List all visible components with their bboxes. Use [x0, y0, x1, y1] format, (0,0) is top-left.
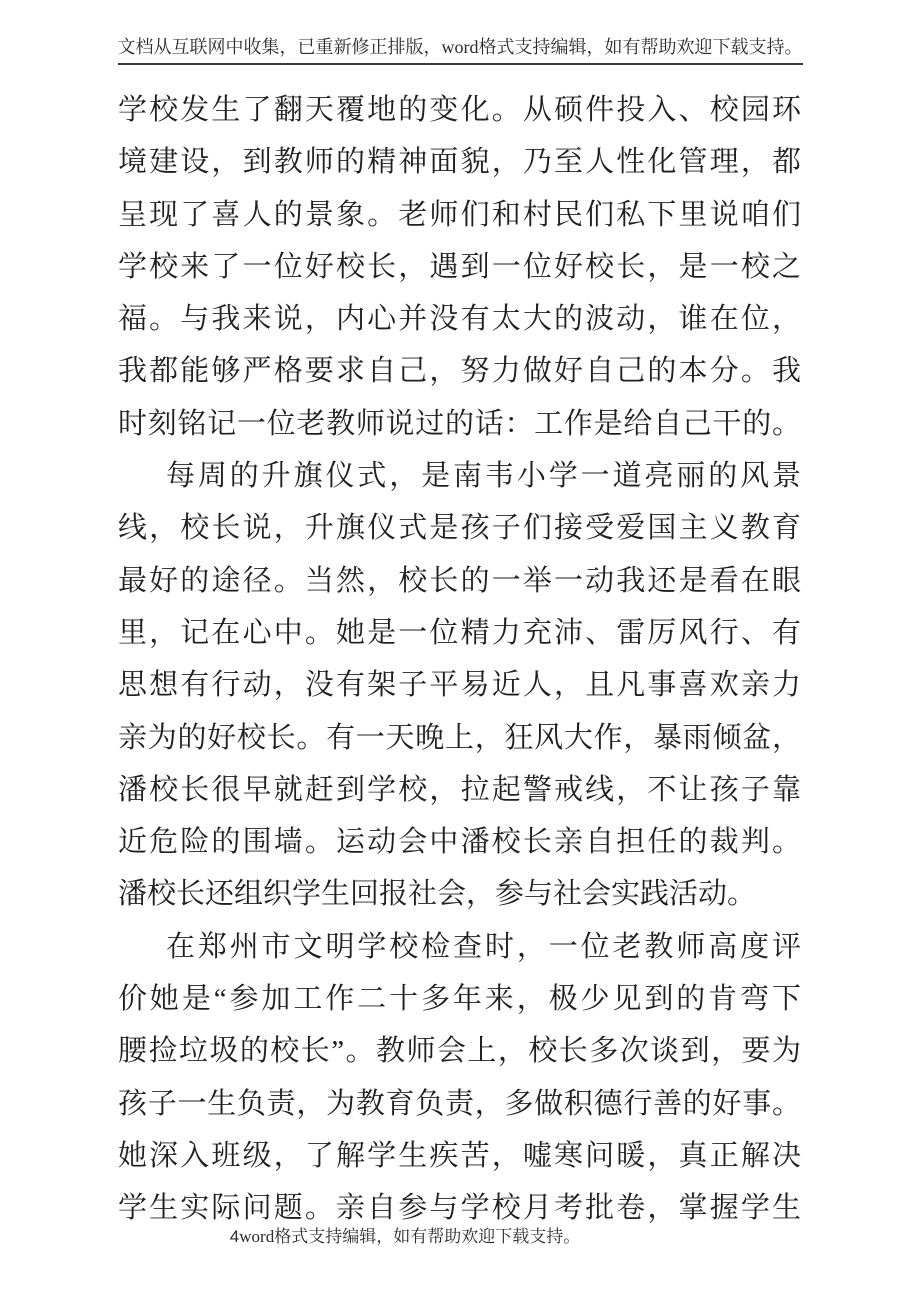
body-line: 近危险的围墙。运动会中潘校长亲自担任的裁判。 [118, 816, 801, 868]
body-line: 她深入班级，了解学生疾苦，嘘寒问暖，真正解决 [118, 1130, 801, 1182]
body-line: 学校发生了翻天覆地的变化。从硕件投入、校园环 [118, 84, 801, 136]
body-line: 亲为的好校长。有一天晚上，狂风大作，暴雨倾盆， [118, 712, 801, 764]
document-footer: 4word格式支持编辑，如有帮助欢迎下载支持。 [0, 1224, 810, 1250]
document-header: 文档从互联网中收集，已重新修正排版，word格式支持编辑，如有帮助欢迎下载支持。 [0, 34, 920, 65]
body-line: 福。与我来说，内心并没有太大的波动，谁在位， [118, 293, 801, 345]
body-line: 线，校长说，升旗仪式是孩子们接受爱国主义教育 [118, 502, 801, 554]
body-line: 潘校长很早就赶到学校，拉起警戒线，不让孩子靠 [118, 764, 801, 816]
body-line: 里，记在心中。她是一位精力充沛、雷厉风行、有 [118, 607, 801, 659]
body-line: 呈现了喜人的景象。老师们和村民们私下里说咱们 [118, 189, 801, 241]
body-line: 境建设，到教师的精神面貌，乃至人性化管理，都 [118, 136, 801, 188]
header-text: 文档从互联网中收集，已重新修正排版，word格式支持编辑，如有帮助欢迎下载支持。 [118, 34, 803, 65]
body-line: 价她是“参加工作二十多年来，极少见到的肯弯下 [118, 973, 801, 1025]
document-page: 文档从互联网中收集，已重新修正排版，word格式支持编辑，如有帮助欢迎下载支持。… [0, 0, 920, 1301]
body-line: 学校来了一位好校长，遇到一位好校长，是一校之 [118, 241, 801, 293]
body-line: 思想有行动，没有架子平易近人，且凡事喜欢亲力 [118, 659, 801, 711]
page-number: 4 [230, 1227, 239, 1246]
body-line: 最好的途径。当然，校长的一举一动我还是看在眼 [118, 555, 801, 607]
body-line: 孩子一生负责，为教育负责，多做积德行善的好事。 [118, 1078, 801, 1130]
body-line: 在郑州市文明学校检查时，一位老教师高度评 [118, 921, 801, 973]
body-line: 时刻铭记一位老教师说过的话：工作是给自己干的。 [118, 398, 801, 450]
document-body: 学校发生了翻天覆地的变化。从硕件投入、校园环 境建设，到教师的精神面貌，乃至人性… [118, 84, 801, 1235]
body-line: 我都能够严格要求自己，努力做好自己的本分。我 [118, 345, 801, 397]
body-line: 每周的升旗仪式，是南韦小学一道亮丽的风景 [118, 450, 801, 502]
footer-text: word格式支持编辑，如有帮助欢迎下载支持。 [239, 1227, 580, 1246]
body-line: 腰捡垃圾的校长”。教师会上，校长多次谈到，要为 [118, 1025, 801, 1077]
body-line: 潘校长还组织学生回报社会，参与社会实践活动。 [118, 868, 801, 920]
